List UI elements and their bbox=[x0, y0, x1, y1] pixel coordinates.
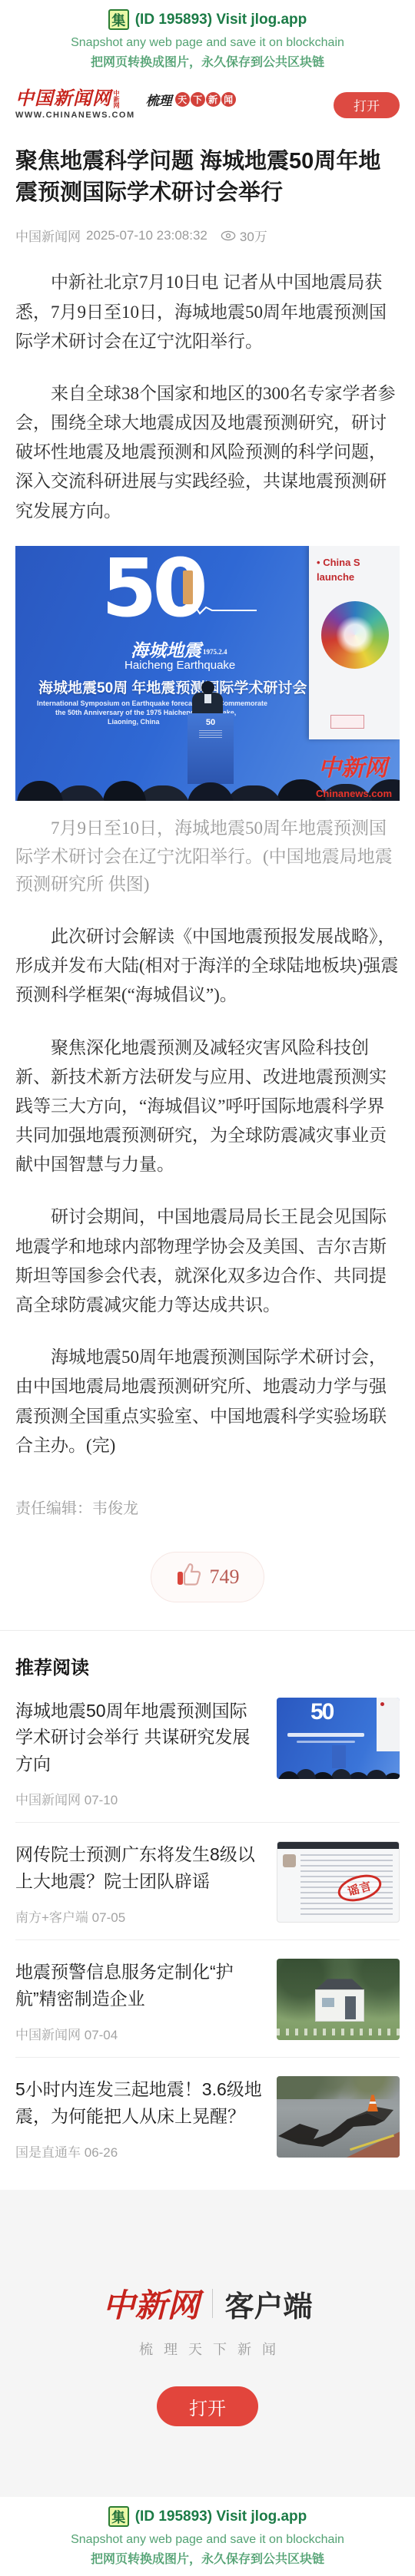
paragraph: 此次研讨会解读《中国地震预报发展战略》，形成并发布大陆(相对于海洋的全球陆地板块… bbox=[15, 922, 400, 1010]
photo-caption: 7月9日至10日，海城地震50周年地震预测国际学术研讨会在辽宁沈阳举行。(中国地… bbox=[15, 815, 400, 899]
paragraph: 聚焦深化地震预测及减轻灾害风险科技创新、新技术新方法研发与应用、改进地震预测实践… bbox=[15, 1033, 400, 1180]
photo-haicheng-english: Haicheng Earthquake bbox=[124, 659, 235, 672]
open-app-button[interactable]: 打开 bbox=[334, 92, 400, 118]
footer-logo: 中新网 客户端 bbox=[0, 2280, 415, 2326]
footer-slogan: 梳理天下新闻 bbox=[0, 2339, 415, 2359]
photo-podium: 50 bbox=[188, 713, 234, 784]
footer-logo-calligraphy: 中新网 bbox=[102, 2280, 199, 2326]
recommend-item-3[interactable]: 地震预警信息服务定制化“护航”精密制造企业 中国新闻网 07-04 bbox=[15, 1940, 400, 2058]
recommend-item-4[interactable]: 5小时内连发三起地震！3.6级地震，为何能把人从床上晃醒？ 国是直通车 06-2… bbox=[15, 2058, 400, 2174]
article-title: 聚焦地震科学问题 海城地震50周年地震预测国际学术研讨会举行 bbox=[15, 146, 400, 209]
site-header: 中国新闻网 中新网 WWW.CHINANEWS.COM 梳理 天 下 新 闻 打… bbox=[0, 79, 415, 127]
recommend-item-meta: 中国新闻网 07-04 bbox=[15, 2012, 263, 2043]
photo-watermark-url: Chinanews.com bbox=[316, 788, 392, 799]
logo-calligraphy: 中国新闻网 bbox=[15, 90, 111, 108]
slogan-char-4: 闻 bbox=[221, 92, 236, 107]
promo-banner-bottom: 集 (ID 195893) Visit jlog.app Snapshot an… bbox=[0, 2497, 415, 2576]
promo-subtitle-en: Snapshot any web page and save it on blo… bbox=[0, 36, 415, 50]
photo-tower-glyph bbox=[183, 570, 193, 604]
app-footer: 中新网 客户端 梳理天下新闻 打开 bbox=[0, 2190, 415, 2497]
photo-slide-text: • China S launche bbox=[317, 555, 360, 585]
recommend-item-title: 海城地震50周年地震预测国际学术研讨会举行 共谋研究发展方向 bbox=[15, 1698, 263, 1777]
photo-slide-globe-figure bbox=[321, 601, 389, 669]
promo-link-text: (ID 195893) Visit jlog.app bbox=[135, 2508, 307, 2525]
article-source: 中国新闻网 bbox=[15, 226, 81, 245]
logo-url: WWW.CHINANEWS.COM bbox=[15, 111, 135, 120]
recommend-item-meta: 中国新闻网 07-10 bbox=[15, 1777, 263, 1808]
slogan-char-2: 下 bbox=[191, 92, 205, 107]
paragraph: 海城地震50周年地震预测国际学术研讨会，由中国地震局地震预测研究所、地震动力学与… bbox=[15, 1343, 400, 1460]
footer-client-label: 客户端 bbox=[225, 2283, 313, 2325]
photo-slide-legend bbox=[330, 715, 364, 729]
jlog-app-icon: 集 bbox=[108, 9, 129, 30]
slogan-char-1: 天 bbox=[175, 92, 190, 107]
recommend-section: 推荐阅读 海城地震50周年地震预测国际学术研讨会举行 共谋研究发展方向 中国新闻… bbox=[0, 1652, 415, 2175]
article-datetime: 2025-07-10 23:08:32 bbox=[86, 228, 207, 243]
recommend-item-2[interactable]: 网传院士预测广东将发生8级以上大地震？院士团队辟谣 南方+客户端 07-05 谣… bbox=[15, 1823, 400, 1940]
slogan-char-3: 新 bbox=[206, 92, 221, 107]
paragraph: 来自全球38个国家和地区的300名专家学者参会，围绕全球大地震成因及地震预测研究… bbox=[15, 379, 400, 526]
thumbs-up-icon bbox=[176, 1562, 202, 1591]
like-button[interactable]: 749 bbox=[151, 1552, 264, 1602]
recommend-item-meta: 南方+客户端 07-05 bbox=[15, 1894, 263, 1926]
jlog-app-icon: 集 bbox=[108, 2506, 129, 2527]
footer-logo-divider bbox=[212, 2289, 213, 2318]
promo-line1[interactable]: 集 (ID 195893) Visit jlog.app bbox=[0, 9, 415, 30]
view-count: 30万 bbox=[221, 226, 267, 245]
promo-subtitle-cn: 把网页转换成图片，永久保存到公共区块链 bbox=[0, 52, 415, 70]
article-photo-conference: • China S launche 50 海城地震1975.2.4 Haiche… bbox=[15, 546, 400, 801]
view-count-value: 30万 bbox=[240, 226, 267, 245]
footer-open-app-button[interactable]: 打开 bbox=[157, 2386, 258, 2426]
recommend-item-title: 网传院士预测广东将发生8级以上大地震？院士团队辟谣 bbox=[15, 1841, 263, 1894]
promo-link-text: (ID 195893) Visit jlog.app bbox=[135, 12, 307, 28]
chinanews-logo[interactable]: 中国新闻网 中新网 WWW.CHINANEWS.COM bbox=[15, 90, 135, 120]
promo-banner-top: 集 (ID 195893) Visit jlog.app Snapshot an… bbox=[0, 0, 415, 79]
recommend-item-meta: 国是直通车 06-26 bbox=[15, 2129, 263, 2161]
recommend-item-title: 5小时内连发三起地震！3.6级地震，为何能把人从床上晃醒？ bbox=[15, 2076, 263, 2129]
recommend-item-1[interactable]: 海城地震50周年地震预测国际学术研讨会举行 共谋研究发展方向 中国新闻网 07-… bbox=[15, 1679, 400, 1824]
header-slogan: 梳理 天 下 新 闻 bbox=[146, 90, 236, 109]
article: 聚焦地震科学问题 海城地震50周年地震预测国际学术研讨会举行 中国新闻网 202… bbox=[0, 146, 415, 1602]
promo-subtitle-cn: 把网页转换成图片，永久保存到公共区块链 bbox=[0, 2549, 415, 2567]
photo-speaker-shirt bbox=[204, 694, 211, 703]
article-body-continued: 此次研讨会解读《中国地震预报发展战略》，形成并发布大陆(相对于海洋的全球陆地板块… bbox=[15, 922, 400, 1460]
promo-subtitle-en: Snapshot any web page and save it on blo… bbox=[0, 2533, 415, 2547]
photo-banner-english-1: International Symposium on Earthquake fo… bbox=[37, 699, 267, 707]
photo-banner-title: 海城地震50周 年地震预测国际学术研讨会 bbox=[38, 676, 315, 697]
recommend-item-title: 地震预警信息服务定制化“护航”精密制造企业 bbox=[15, 1959, 263, 2012]
recommend-heading: 推荐阅读 bbox=[15, 1652, 400, 1679]
recommend-thumbnail-station bbox=[277, 1959, 400, 2040]
photo-seismogram-line bbox=[166, 601, 258, 617]
eye-icon bbox=[221, 230, 236, 241]
recommend-thumbnail-cracked-road bbox=[277, 2076, 400, 2158]
editor-line: 责任编辑：韦俊龙 bbox=[15, 1496, 400, 1518]
promo-line1[interactable]: 集 (ID 195893) Visit jlog.app bbox=[0, 2506, 415, 2527]
article-meta: 中国新闻网 2025-07-10 23:08:32 30万 bbox=[15, 226, 400, 245]
recommend-thumbnail-conference: 50 bbox=[277, 1698, 400, 1779]
logo-side-text: 中新网 bbox=[113, 90, 119, 108]
slogan-prefix: 梳理 bbox=[146, 90, 172, 109]
like-count: 749 bbox=[210, 1566, 240, 1589]
paragraph: 研讨会期间，中国地震局局长王昆会见国际地震学和地球内部物理学协会及美国、吉尔吉斯… bbox=[15, 1202, 400, 1320]
article-body: 中新社北京7月10日电 记者从中国地震局获悉，7月9日至10日，海城地震50周年… bbox=[15, 268, 400, 525]
photo-banner-english-3: Liaoning, China bbox=[108, 718, 160, 726]
photo-speaker-head bbox=[201, 681, 214, 694]
recommend-thumbnail-rumor-screenshot: 谣言 bbox=[277, 1841, 400, 1923]
section-divider bbox=[0, 1630, 415, 1631]
photo-slide-screen: • China S launche bbox=[309, 546, 400, 739]
photo-watermark: 中新网 bbox=[318, 749, 387, 782]
paragraph: 中新社北京7月10日电 记者从中国地震局获悉，7月9日至10日，海城地震50周年… bbox=[15, 268, 400, 356]
